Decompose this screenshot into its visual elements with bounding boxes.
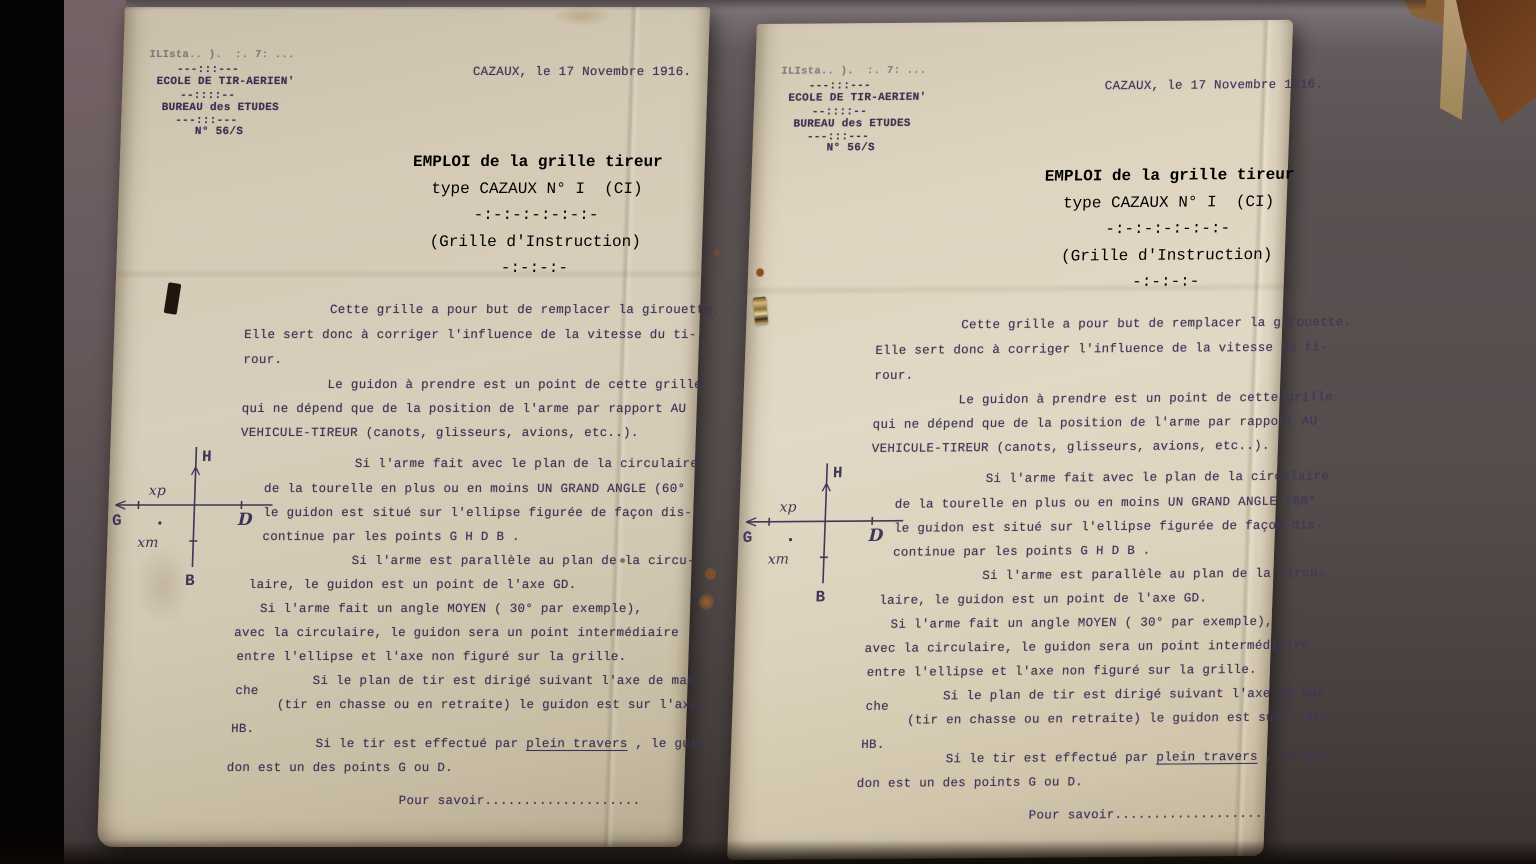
background-left-black xyxy=(0,0,64,864)
letterhead-bureau-name: BUREAU des ETUDES xyxy=(793,118,911,131)
grid-axes-diagram: H G D B xp xm xyxy=(738,456,936,618)
handwritten-note-lower: xm xyxy=(768,552,790,568)
body-line: de la tourelle en plus ou en moins UN GR… xyxy=(264,482,686,496)
body-line: Cette grille a pour but de remplacer la … xyxy=(961,315,1352,332)
letterhead-school-name: ECOLE DE TIR-AERIEN' xyxy=(156,76,294,88)
body-line: Si le plan de tir est dirigé suivant l'a… xyxy=(943,686,1326,703)
body-line: don est un des points G ou D. xyxy=(857,775,1084,791)
paper-stain xyxy=(552,6,612,26)
axis-label-top: H xyxy=(202,448,212,466)
body-line: Si l'arme fait avec le plan de la circul… xyxy=(355,457,699,471)
date-line: CAZAUX, le 17 Novembre 1916. xyxy=(1105,78,1324,94)
body-line: entre l'ellipse et l'axe non figuré sur … xyxy=(867,663,1258,680)
body-line: HB. xyxy=(861,738,885,752)
body-line: (tir en chasse ou en retraite) le guidon… xyxy=(277,698,699,712)
axis-label-right: D xyxy=(867,526,884,546)
body-line: Elle sert donc à corriger l'influence de… xyxy=(244,328,697,342)
brass-paper-fastener xyxy=(753,296,768,324)
letterhead-separator: ---:::--- xyxy=(177,64,240,76)
title-separator: -:-:-:-:-:-:- xyxy=(1017,215,1318,244)
body-line: Le guidon à prendre est un point de cett… xyxy=(327,378,702,392)
title-line-3: (Grille d'Instruction) xyxy=(385,229,686,256)
body-hanging-syllable: che xyxy=(235,684,259,698)
top-edge-shadow xyxy=(126,0,1426,10)
dark-speck xyxy=(620,558,625,563)
axis-label-right: D xyxy=(237,510,254,530)
body-line: Si l'arme fait un angle MOYEN ( 30° par … xyxy=(260,602,643,616)
body-line: rour. xyxy=(874,369,914,383)
body-line: Le guidon à prendre est un point de cett… xyxy=(958,390,1333,407)
title-block: EMPLOI de la grille tireur type CAZAUX N… xyxy=(1015,162,1320,297)
body-line: (tir en chasse ou en retraite) le guidon… xyxy=(907,710,1329,727)
body-line: Si l'arme est parallèle au plan de la ci… xyxy=(982,566,1326,583)
body-line-with-underline: Si le tir est effectué par plein travers… xyxy=(315,737,706,751)
title-line-2: type CAZAUX N° I (CI) xyxy=(1018,188,1319,217)
axis-label-left: G xyxy=(742,529,752,547)
document-page-duplicate: ILIsta.. ). :. 7: ... ---:::--- ECOLE DE… xyxy=(727,20,1293,860)
underlined-phrase: plein travers xyxy=(526,737,628,751)
body-line: Si l'arme est parallèle au plan de la ci… xyxy=(351,554,695,568)
body-line: don est un des points G ou D. xyxy=(227,761,454,775)
body-line: VEHICULE-TIREUR (canots, glisseurs, avio… xyxy=(241,426,639,440)
handwritten-note-upper: xp xyxy=(149,483,166,499)
axis-label-top: H xyxy=(833,464,843,482)
title-line-1: EMPLOI de la grille tireur xyxy=(387,149,688,176)
footer-line: Pour savoir.................... xyxy=(398,794,640,808)
letterhead-document-number: N° 56/S xyxy=(826,142,875,154)
rust-spot xyxy=(756,268,764,277)
body-text-segment: Si le tir est effectué par xyxy=(315,737,526,751)
letterhead-separator: --::::-- xyxy=(812,106,868,118)
rust-speck xyxy=(714,250,720,256)
body-hanging-syllable: che xyxy=(865,700,889,714)
body-line: Cette grille a pour but de remplacer la … xyxy=(330,303,721,317)
body-text-segment: Si le tir est effectué par xyxy=(945,751,1156,767)
body-line: avec la circulaire, le guidon sera un po… xyxy=(234,626,679,640)
small-dot xyxy=(158,521,161,524)
small-dot xyxy=(789,538,792,541)
date-line: CAZAUX, le 17 Novembre 1916. xyxy=(473,65,692,79)
vertical-axis xyxy=(192,447,196,567)
letterhead-faded-line: ILIsta.. ). :. 7: ... xyxy=(781,65,927,78)
rust-spot xyxy=(699,594,714,610)
body-line: rour. xyxy=(243,353,282,367)
axis-label-left: G xyxy=(112,512,122,530)
photo-scene: ILIsta.. ). :. 7: ... ---:::--- ECOLE DE… xyxy=(0,0,1536,864)
title-separator: -:-:-:- xyxy=(384,255,685,282)
title-block: EMPLOI de la grille tireur type CAZAUX N… xyxy=(384,149,688,282)
body-line: Si le plan de tir est dirigé suivant l'a… xyxy=(312,674,695,688)
letterhead-bureau-name: BUREAU des ETUDES xyxy=(161,102,279,114)
rust-spot xyxy=(705,568,716,580)
title-line-3: (Grille d'Instruction) xyxy=(1016,241,1317,270)
paper-stain xyxy=(135,545,190,625)
document-page: ILIsta.. ). :. 7: ... ---:::--- ECOLE DE… xyxy=(97,7,710,847)
title-line-2: type CAZAUX N° I (CI) xyxy=(387,176,688,203)
axis-label-bottom: B xyxy=(815,588,826,606)
letterhead-faded-line: ILIsta.. ). :. 7: ... xyxy=(149,49,295,61)
title-separator: -:-:-:- xyxy=(1015,268,1316,297)
cardboard-scrap-dark xyxy=(1456,0,1536,124)
underlined-phrase: plein travers xyxy=(1156,750,1258,765)
body-line: qui ne dépend que de la position de l'ar… xyxy=(241,402,686,416)
letterhead-document-number: N° 56/S xyxy=(195,126,244,138)
body-line: VEHICULE-TIREUR (canots, glisseurs, avio… xyxy=(872,439,1271,456)
body-line: le guidon est situé sur l'ellipse figuré… xyxy=(894,518,1324,535)
handwritten-note-upper: xp xyxy=(779,500,796,516)
letterhead-separator: --::::-- xyxy=(180,90,236,102)
body-line: HB. xyxy=(231,722,255,736)
footer-line: Pour savoir.................... xyxy=(1028,807,1270,823)
body-line: entre l'ellipse et l'axe non figuré sur … xyxy=(236,650,627,664)
title-separator: -:-:-:-:-:-:- xyxy=(386,202,687,229)
body-line: Si l'arme fait un angle MOYEN ( 30° par … xyxy=(890,615,1273,632)
title-line-1: EMPLOI de la grille tireur xyxy=(1019,162,1320,191)
letterhead-school-name: ECOLE DE TIR-AERIEN' xyxy=(788,92,927,105)
body-text-segment: , le gui- xyxy=(1258,749,1337,764)
vertical-axis xyxy=(823,463,827,583)
bottom-edge-shadow xyxy=(0,840,1536,864)
body-line-with-underline: Si le tir est effectué par plein travers… xyxy=(945,749,1336,766)
letterhead-separator: ---:::--- xyxy=(809,80,872,92)
body-line: le guidon est situé sur l'ellipse figuré… xyxy=(263,506,693,520)
body-text-segment: , le gui- xyxy=(627,737,705,751)
body-line: Si l'arme fait avec le plan de la circul… xyxy=(985,469,1329,486)
